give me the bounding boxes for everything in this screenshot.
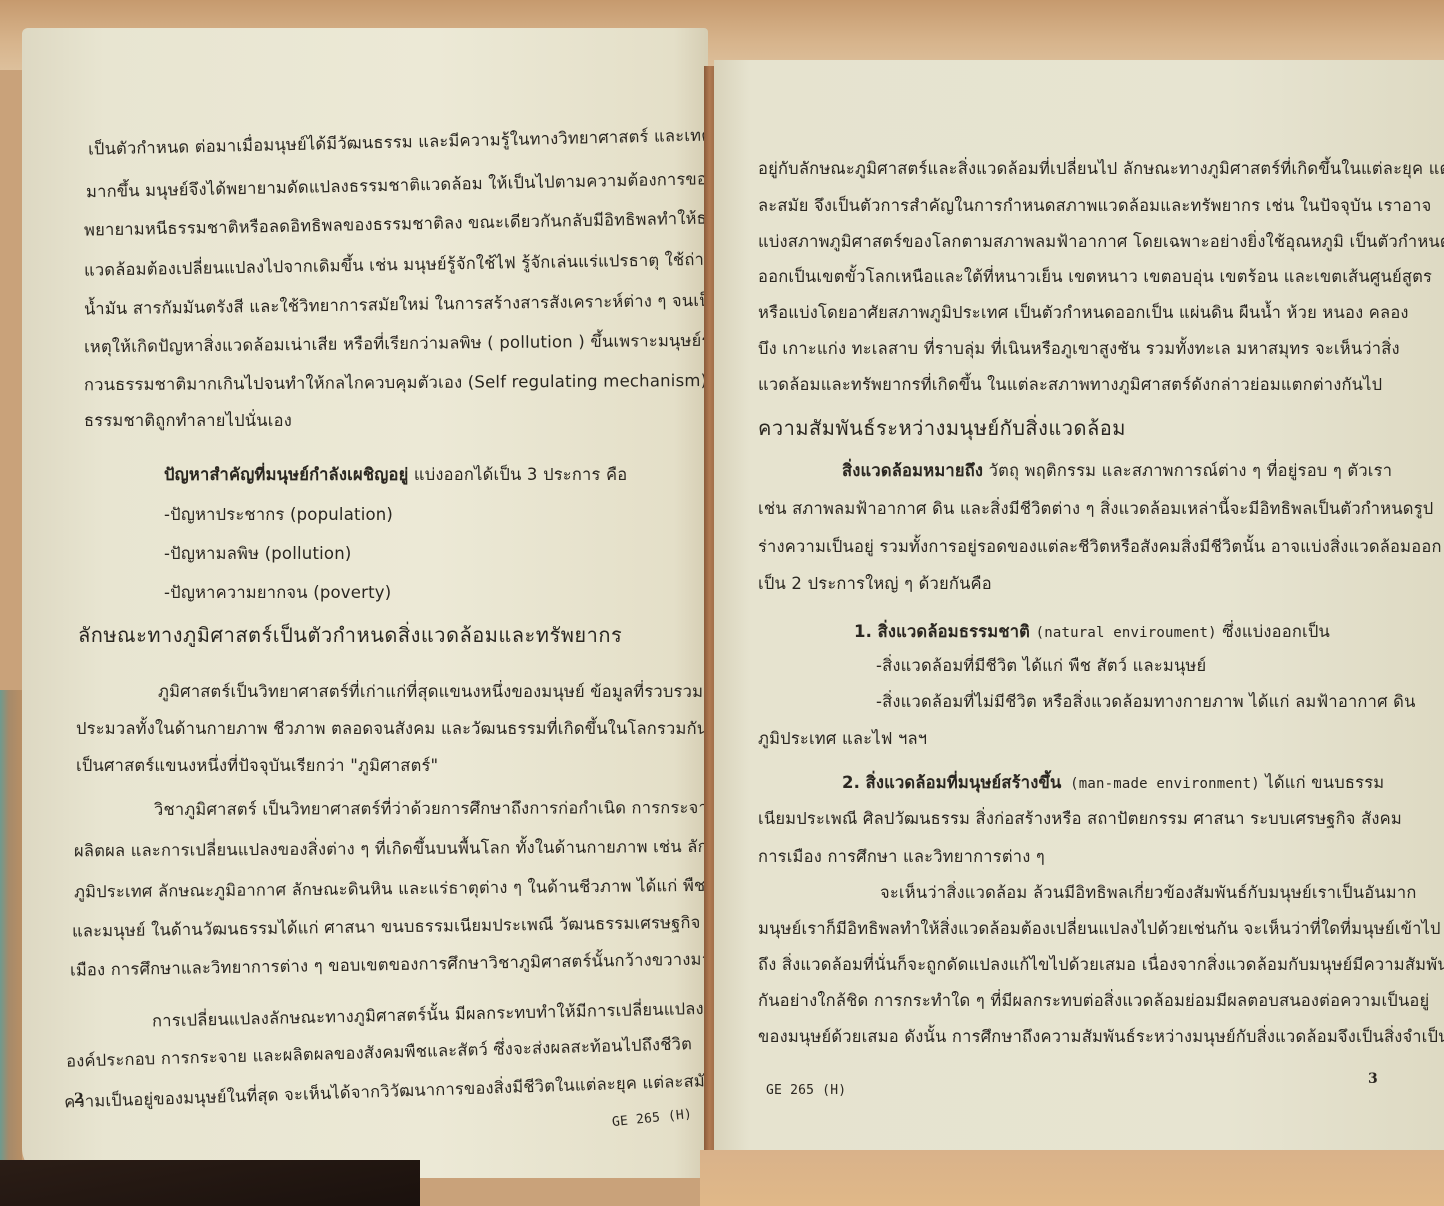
item-title: สิ่งแวดล้อมธรรมชาติ <box>878 622 1031 641</box>
problem-item: -ปัญหามลพิษ (pollution) <box>164 543 352 565</box>
text-line: แบ่งสภาพภูมิศาสตร์ของโลกตามสภาพลมฟ้าอากา… <box>758 231 1444 253</box>
course-code: GE 265 (H) <box>766 1080 846 1102</box>
text-line: กันอย่างใกล้ชิด การกระทำใด ๆ ที่มีผลกระท… <box>758 990 1429 1012</box>
text-line: มนุษย์เราก็มีอิทธิพลทำให้สิ่งแวดล้อมต้อง… <box>758 918 1441 940</box>
page-number: 2 <box>74 1088 84 1110</box>
text-line: การเมือง การศึกษา และวิทยาการต่าง ๆ <box>758 846 1045 868</box>
text-line: บึง เกาะแก่ง ทะเลสาบ ที่ราบลุ่ม ที่เนินห… <box>758 338 1400 360</box>
text-line: ของมนุษย์ด้วยเสมอ ดังนั้น การศึกษาถึงควา… <box>758 1026 1444 1048</box>
text-line: องค์ประกอบ การกระจาย และผลิตผลของสังคมพื… <box>66 1033 693 1072</box>
item-title: สิ่งแวดล้อมที่มนุษย์สร้างขึ้น <box>866 773 1062 792</box>
course-code: GE 265 (H) <box>611 1104 693 1134</box>
item-english: (man-made environment) <box>1061 776 1259 792</box>
text-line: จะเห็นว่าสิ่งแวดล้อม ล้วนมีอิทธิพลเกี่ยว… <box>880 882 1417 904</box>
text-line: หรือแบ่งโดยอาศัยสภาพภูมิประเทศ เป็นตัวกำ… <box>758 302 1409 324</box>
problems-intro: ปัญหาสำคัญที่มนุษย์กำลังเผชิญอยู่ แบ่งออ… <box>164 464 627 486</box>
item-rest: ซึ่งแบ่งออกเป็น <box>1217 622 1330 641</box>
text-line: เนียมประเพณี ศิลปวัฒนธรรม สิ่งก่อสร้างหร… <box>758 808 1402 830</box>
text-line: ภูมิศาสตร์เป็นวิทยาศาสตร์ที่เก่าแก่ที่สุ… <box>158 681 733 703</box>
text-line: การเปลี่ยนแปลงลักษณะทางภูมิศาสตร์นั้น มี… <box>152 998 724 1033</box>
background-bottom <box>700 1150 1444 1206</box>
text-line: เป็นศาสตร์แขนงหนึ่งที่ปัจจุบันเรียกว่า "… <box>76 755 438 777</box>
problems-intro-rest: แบ่งออกได้เป็น 3 ประการ คือ <box>408 465 627 484</box>
right-page: อยู่กับลักษณะภูมิศาสตร์และสิ่งแวดล้อมที่… <box>714 60 1444 1150</box>
text-line: กวนธรรมชาติมากเกินไปจนทำให้กลไกควบคุมตัว… <box>84 370 737 397</box>
background-shadow <box>0 1160 420 1206</box>
text-line: อยู่กับลักษณะภูมิศาสตร์และสิ่งแวดล้อมที่… <box>758 158 1444 180</box>
text-line: เป็น 2 ประการใหญ่ ๆ ด้วยกันคือ <box>758 573 992 595</box>
problem-item: -ปัญหาประชากร (population) <box>164 504 393 526</box>
text-line: เหตุให้เกิดปัญหาสิ่งแวดล้อมเน่าเสีย หรือ… <box>84 330 721 359</box>
text-line: ภูมิประเทศ และไฟ ฯลฯ <box>758 728 927 750</box>
text-line: แวดล้อมต้องเปลี่ยนแปลงไปจากเดิมขึ้น เช่น… <box>84 248 738 281</box>
text-line: และมนุษย์ ในด้านวัฒนธรรมได้แก่ ศาสนา ขนบ… <box>72 911 735 942</box>
text-line: ธรรมชาติถูกทำลายไปนั่นเอง <box>84 410 292 432</box>
page-number: 3 <box>1368 1068 1378 1090</box>
text-line: พยายามหนีธรรมชาติหรือลดอิทธิพลของธรรมชาต… <box>84 206 768 241</box>
text-line: ถึง สิ่งแวดล้อมที่นั่นก็จะถูกดัดแปลงแก้ไ… <box>758 954 1444 976</box>
item-number: 2. <box>842 773 860 792</box>
book-edge-left <box>0 690 22 1180</box>
left-page: เป็นตัวกำหนด ต่อมาเมื่อมนุษย์ได้มีวัฒนธร… <box>22 28 708 1178</box>
text-line: ภูมิประเทศ ลักษณะภูมิอากาศ ลักษณะดินหิน … <box>74 875 742 904</box>
text-line: เมือง การศึกษาและวิทยาการต่าง ๆ ขอบเขตขอ… <box>70 948 722 981</box>
text-line: ผลิตผล และการเปลี่ยนแปลงของสิ่งต่าง ๆ ที… <box>74 836 744 863</box>
section-heading: ความสัมพันธ์ระหว่างมนุษย์กับสิ่งแวดล้อม <box>758 417 1126 439</box>
sub-item: -สิ่งแวดล้อมที่ไม่มีชีวิต หรือสิ่งแวดล้อ… <box>876 691 1416 713</box>
item-2-heading: 2. สิ่งแวดล้อมที่มนุษย์สร้างขึ้น (man-ma… <box>842 772 1384 795</box>
definition-line: สิ่งแวดล้อมหมายถึง วัตถุ พฤติกรรม และสภา… <box>842 460 1392 482</box>
text-line: น้ำมัน สารกัมมันตรังสี และใช้วิทยาการสมั… <box>84 290 722 321</box>
text-line: เช่น สภาพลมฟ้าอากาศ ดิน และสิ่งมีชีวิตต่… <box>758 498 1433 520</box>
section-heading: ลักษณะทางภูมิศาสตร์เป็นตัวกำหนดสิ่งแวดล้… <box>78 624 622 646</box>
item-number: 1. <box>854 622 872 641</box>
text-line: ออกเป็นเขตขั้วโลกเหนือและใต้ที่หนาวเย็น … <box>758 266 1432 288</box>
text-line: มากขึ้น มนุษย์จึงได้พยายามดัดแปลงธรรมชาต… <box>86 167 781 204</box>
item-english: (natural enviroument) <box>1036 625 1217 641</box>
text-line: วิชาภูมิศาสตร์ เป็นวิทยาศาสตร์ที่ว่าด้วย… <box>154 797 718 821</box>
sub-item: -สิ่งแวดล้อมที่มีชีวิต ได้แก่ พืช สัตว์ … <box>876 655 1206 677</box>
definition-term: สิ่งแวดล้อมหมายถึง <box>842 461 983 480</box>
text-line: แวดล้อมและทรัพยากรที่เกิดขึ้น ในแต่ละสภา… <box>758 374 1382 396</box>
problem-item: -ปัญหาความยากจน (poverty) <box>164 582 391 604</box>
text-line: ประมวลทั้งในด้านกายภาพ ชีวภาพ ตลอดจนสังค… <box>76 718 748 740</box>
problems-intro-bold: ปัญหาสำคัญที่มนุษย์กำลังเผชิญอยู่ <box>164 465 408 484</box>
item-1-heading: 1. สิ่งแวดล้อมธรรมชาติ (natural enviroum… <box>854 621 1330 644</box>
text-line: ร่างความเป็นอยู่ รวมทั้งการอยู่รอดของแต่… <box>758 536 1442 558</box>
definition-text: วัตถุ พฤติกรรม และสภาพการณ์ต่าง ๆ ที่อยู… <box>983 461 1392 480</box>
text-line: ละสมัย จึงเป็นตัวการสำคัญในการกำหนดสภาพแ… <box>758 195 1431 217</box>
text-line: เป็นตัวกำหนด ต่อมาเมื่อมนุษย์ได้มีวัฒนธร… <box>88 123 763 160</box>
item-rest: ได้แก่ ขนบธรรม <box>1260 773 1384 792</box>
